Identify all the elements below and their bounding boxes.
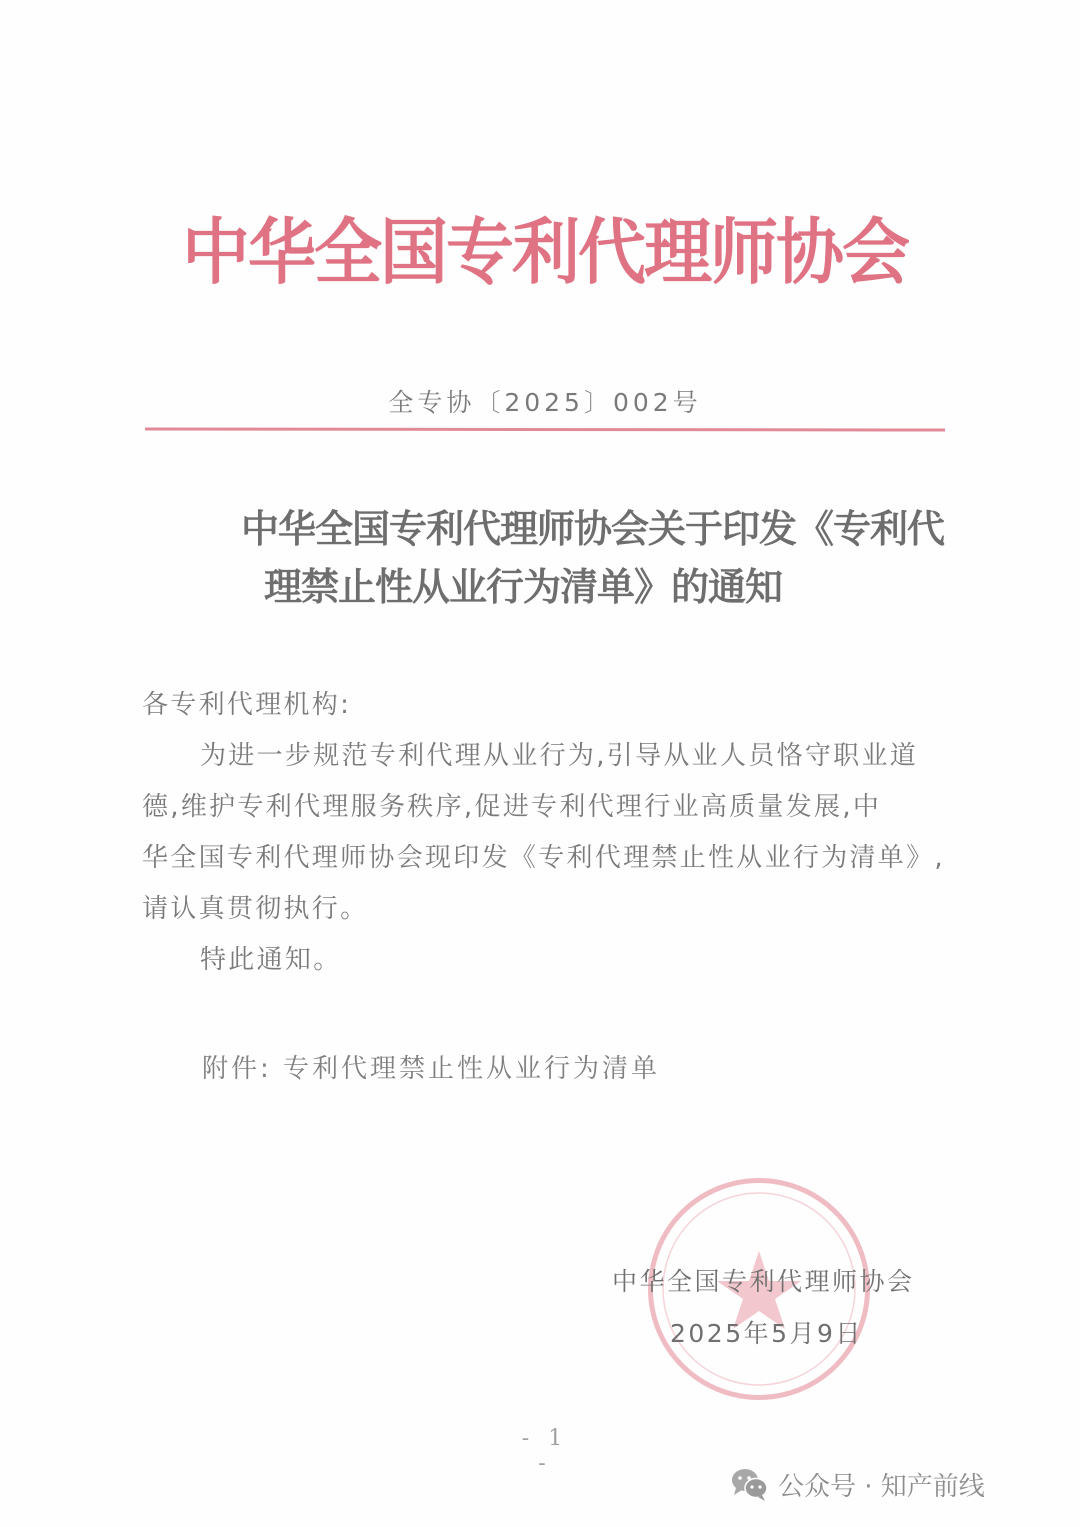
title-line-1: 中华全国专利代理师协会关于印发《专利代 bbox=[150, 500, 950, 558]
body-line: 德,维护专利代理服务秩序,促进专利代理行业高质量发展,中 bbox=[142, 782, 952, 833]
wechat-icon bbox=[730, 1466, 770, 1502]
document-title: 中华全国专利代理师协会关于印发《专利代 理禁止性从业行为清单》的通知 bbox=[150, 500, 950, 616]
issuer-red-header: 中华全国专利代理师协会 bbox=[180, 206, 910, 301]
body-line: 为进一步规范专利代理从业行为,引导从业人员恪守职业道 bbox=[142, 731, 952, 782]
wechat-watermark: 公众号 · 知产前线 bbox=[730, 1462, 985, 1506]
signature-organization: 中华全国专利代理师协会 bbox=[612, 1256, 932, 1308]
closing-line: 特此通知。 bbox=[142, 935, 952, 986]
salutation: 各专利代理机构: bbox=[142, 680, 952, 731]
attachment-note: 附件: 专利代理禁止性从业行为清单 bbox=[202, 1048, 660, 1085]
body-line: 请认真贯彻执行。 bbox=[142, 884, 952, 935]
watermark-text: 公众号 · 知产前线 bbox=[778, 1466, 985, 1503]
signature-date: 2025年5月9日 bbox=[612, 1308, 932, 1360]
signature-block: 中华全国专利代理师协会 2025年5月9日 bbox=[612, 1256, 932, 1360]
body-line: 华全国专利代理师协会现印发《专利代理禁止性从业行为清单》, bbox=[142, 833, 952, 884]
document-number: 全专协〔2025〕002号 bbox=[380, 383, 710, 419]
document-page: 中华全国专利代理师协会 全专协〔2025〕002号 中华全国专利代理师协会关于印… bbox=[0, 0, 1080, 1527]
page-number: - 1 - bbox=[510, 1426, 580, 1476]
title-line-2: 理禁止性从业行为清单》的通知 bbox=[150, 558, 950, 616]
red-divider-line bbox=[145, 427, 945, 431]
document-body: 各专利代理机构: 为进一步规范专利代理从业行为,引导从业人员恪守职业道 德,维护… bbox=[142, 680, 952, 986]
